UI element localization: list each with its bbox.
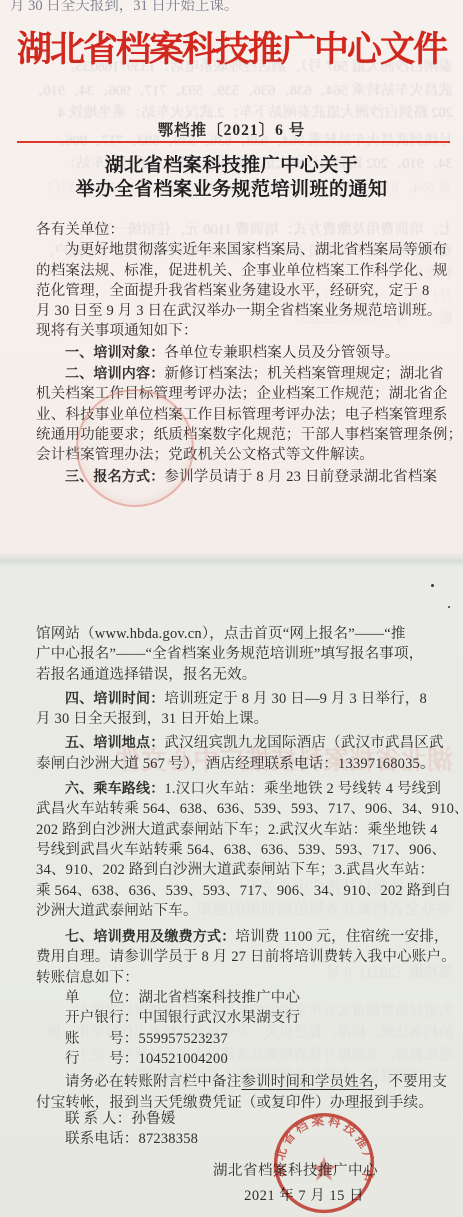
bold-label: 六、乘车路线：	[65, 780, 164, 796]
text-run: 账 号：559957523237	[65, 1031, 228, 1047]
page-1: 月 30 日全天报到，31 日开始上课。泰闸白沙洲大道 567 号），酒店经理联…	[0, 0, 463, 556]
text-line: 会计档案管理办法；党政机关公文格式等文件解读。	[36, 445, 450, 465]
notice-title: 湖北省档案科技推广中心关于 举办全省档案业务规范培训班的通知	[0, 154, 463, 202]
text-run: 请务必在转账附言栏中备注	[65, 1074, 241, 1090]
text-run: 开户银行：中国银行武汉水果湖支行	[65, 1010, 300, 1026]
red-divider-rule	[17, 141, 450, 143]
text-run: 行 号：104521004200	[65, 1051, 228, 1067]
text-line: 二、培训内容：新修订档案法；机关档案管理规定；湖北省	[36, 363, 450, 384]
text-line: 单 位：湖北省档案科技推广中心	[36, 988, 450, 1008]
text-line: 广中心报名”——“全省档案业务规范培训班”填写报名事项，	[36, 644, 450, 664]
bold-label: 五、培训地点：	[65, 734, 164, 750]
text-run: 范化管理，全面提升我省档案业务建设水平，经研究，定于 8	[36, 283, 429, 299]
bold-label: 三、报名方式：	[65, 468, 164, 484]
text-line: 三、报名方式：参训学员请于 8 月 23 日前登录湖北省档案	[36, 466, 450, 487]
text-line: 五、培训地点：武汉纽宾凯九龙国际酒店（武汉市武昌区武	[36, 732, 450, 753]
bold-label: 一、培训对象：	[65, 344, 164, 360]
bold-label: 二、培训内容：	[65, 365, 164, 381]
text-line: 费用自理。请参训学员于 8 月 27 日前将培训费转入我中心账户。	[36, 947, 450, 967]
text-line: 武昌火车站转乘 564、638、636、539、593、717、906、34、9…	[36, 799, 450, 819]
text-line: 账 号：559957523237	[36, 1029, 450, 1049]
bleed-through-text: 月 30 日全天报到，31 日开始上课。	[10, 0, 453, 15]
text-run: 沙洲大道武泰闸站下车。	[36, 903, 198, 919]
signature-date: 2021 年 7 月 15 日	[0, 1184, 378, 1209]
text-line: 月 30 日全天报到，31 日开始上课。	[36, 709, 450, 729]
text-line: 34、910、202 路到白沙洲大道武泰闸站下车；3.武昌火车站：	[36, 860, 450, 880]
text-run: 月 30 日全天报到，31 日开始上课。	[36, 711, 268, 727]
text-line: 馆网站（www.hbda.gov.cn），点击首页“网上报名”——“推	[36, 624, 450, 644]
paper-speck	[206, 1036, 208, 1038]
text-run: 会计档案管理办法；党政机关公文格式等文件解读。	[36, 447, 374, 463]
text-run: 单 位：湖北省档案科技推广中心	[65, 990, 300, 1006]
text-line: 请务必在转账附言栏中备注参训时间和学员姓名，不要用支	[36, 1072, 450, 1092]
text-line: 四、培训时间：培训班定于 8 月 30 日—9 月 3 日举行，8	[36, 688, 450, 709]
text-line: 开户银行：中国银行武汉水果湖支行	[36, 1008, 450, 1028]
text-run: 号线到武昌火车站转乘 564、638、636、539、593、717、906、	[36, 842, 446, 858]
paper-speck	[448, 606, 450, 608]
scanned-document: 月 30 日全天报到，31 日开始上课。泰闸白沙洲大道 567 号），酒店经理联…	[0, 0, 463, 1217]
text-line: 七、培训费用及缴费方式：培训费 1100 元，住宿统一安排，	[36, 926, 450, 947]
text-run: 机关档案工作目标管理考评办法；企业档案工作规范；湖北省企	[36, 386, 448, 402]
text-run: 202 路到白沙洲大道武泰闸站下车；2.武汉火车站：乘坐地铁 4	[36, 822, 438, 838]
text-run: 若报名通道选择错误，报名无效。	[36, 667, 257, 683]
text-run: 广中心报名”——“全省档案业务规范培训班”填写报名事项，	[36, 646, 423, 662]
text-line: 现将有关事项通知如下：	[36, 321, 450, 341]
bleed-through-text: 武昌火车站转乘 564、638、636、539、593、717、906、34、9…	[10, 79, 453, 100]
text-run: 各有关单位：	[36, 222, 124, 238]
text-line: 范化管理，全面提升我省档案业务建设水平，经研究，定于 8	[36, 281, 450, 301]
text-line: 乘 564、638、636、539、593、717、906、34、910、202…	[36, 881, 450, 901]
text-line: 为更好地贯彻落实近年来国家档案局、湖北省档案局等颁布	[36, 240, 450, 260]
text-run: 的档案法规、标准，促进机关、企事业单位档案工作科学化、规	[36, 263, 448, 279]
document-header-title: 湖北省档案科技推广中心文件	[0, 22, 463, 72]
page-seam	[0, 553, 463, 567]
page2-body-text: 馆网站（www.hbda.gov.cn），点击首页“网上报名”——“推广中心报名…	[36, 624, 450, 1149]
text-run: 转账信息如下：	[36, 970, 139, 986]
text-line: 号线到武昌火车站转乘 564、638、636、539、593、717、906、	[36, 840, 450, 860]
underlined-text: 参训时间和学员姓名	[241, 1074, 373, 1090]
text-run: 业、科技事业单位档案工作目标管理考评办法；电子档案管理系	[36, 407, 448, 423]
text-run: 1.汉口火车站：乘坐地铁 2 号线转 4 号线到	[164, 781, 441, 797]
text-line: 若报名通道选择错误，报名无效。	[36, 665, 450, 685]
paper-speck	[431, 584, 434, 587]
text-run: 联系电话：87238358	[65, 1131, 198, 1147]
text-run: 现将有关事项通知如下：	[36, 323, 198, 339]
text-run: 为更好地贯彻落实近年来国家档案局、湖北省档案局等颁布	[65, 242, 447, 258]
text-run: 费用自理。请参训学员于 8 月 27 日前将培训费转入我中心账户。	[36, 949, 456, 965]
text-line: 一、培训对象：各单位专兼职档案人员及分管领导。	[36, 342, 450, 363]
bold-label: 七、培训费用及缴费方式：	[65, 928, 235, 944]
text-line: 机关档案工作目标管理考评办法；企业档案工作规范；湖北省企	[36, 384, 450, 404]
page1-body-text: 各有关单位：为更好地贯彻落实近年来国家档案局、湖北省档案局等颁布的档案法规、标准…	[36, 220, 450, 487]
text-run: 新修订档案法；机关档案管理规定；湖北省	[164, 366, 443, 382]
notice-title-line1: 湖北省档案科技推广中心关于	[0, 154, 463, 178]
text-run: 培训班定于 8 月 30 日—9 月 3 日举行，8	[164, 691, 427, 707]
text-run: 泰闸白沙洲大道 567 号），酒店经理联系电话：13397168035。	[36, 756, 435, 772]
text-line: 转账信息如下：	[36, 968, 450, 988]
text-line: 联系电话：87238358	[36, 1129, 450, 1149]
text-line: 沙洲大道武泰闸站下车。	[36, 901, 450, 921]
text-run: 联 系 人：孙鲁媛	[65, 1111, 176, 1127]
text-run: 34、910、202 路到白沙洲大道武泰闸站下车；3.武昌火车站：	[36, 862, 434, 878]
text-line: 行 号：104521004200	[36, 1049, 450, 1069]
text-run: 馆网站（www.hbda.gov.cn），点击首页“网上报名”——“推	[36, 626, 406, 642]
text-run: 各单位专兼职档案人员及分管领导。	[164, 345, 399, 361]
text-line: 统通用功能要求；纸质档案数字化规范；干部人事档案管理条例；	[36, 425, 450, 445]
text-line: 泰闸白沙洲大道 567 号），酒店经理联系电话：13397168035。	[36, 754, 450, 774]
text-line: 业、科技事业单位档案工作目标管理考评办法；电子档案管理系	[36, 405, 450, 425]
notice-title-line2: 举办全省档案业务规范培训班的通知	[0, 178, 463, 202]
text-run: 武汉纽宾凯九龙国际酒店（武汉市武昌区武	[164, 735, 443, 751]
text-run: 参训学员请于 8 月 23 日前登录湖北省档案	[164, 469, 437, 485]
text-run: 乘 564、638、636、539、593、717、906、34、910、202…	[36, 883, 451, 899]
text-run: 武昌火车站转乘 564、638、636、539、593、717、906、34、9…	[36, 801, 463, 817]
bold-label: 四、培训时间：	[65, 690, 164, 706]
text-line: 的档案法规、标准，促进机关、企事业单位档案工作科学化、规	[36, 261, 450, 281]
text-run: 统通用功能要求；纸质档案数字化规范；干部人事档案管理条例；	[36, 427, 462, 443]
document-number: 鄂档推〔2021〕6 号	[0, 118, 463, 140]
text-run: 培训费 1100 元，住宿统一安排，	[235, 929, 448, 945]
text-line: 月 30 日至 9 月 3 日在武汉举办一期全省档案业务规范培训班。	[36, 301, 450, 321]
text-run: ，不要用支	[374, 1074, 448, 1090]
signature-block: 湖北省档案科技推广中心 2021 年 7 月 15 日	[0, 1159, 378, 1209]
signature-org: 湖北省档案科技推广中心	[0, 1159, 378, 1184]
text-run: 月 30 日至 9 月 3 日在武汉举办一期全省档案业务规范培训班。	[36, 303, 442, 319]
text-line: 202 路到白沙洲大道武泰闸站下车；2.武汉火车站：乘坐地铁 4	[36, 820, 450, 840]
text-line: 六、乘车路线：1.汉口火车站：乘坐地铁 2 号线转 4 号线到	[36, 778, 450, 799]
text-line: 各有关单位：	[36, 220, 450, 240]
